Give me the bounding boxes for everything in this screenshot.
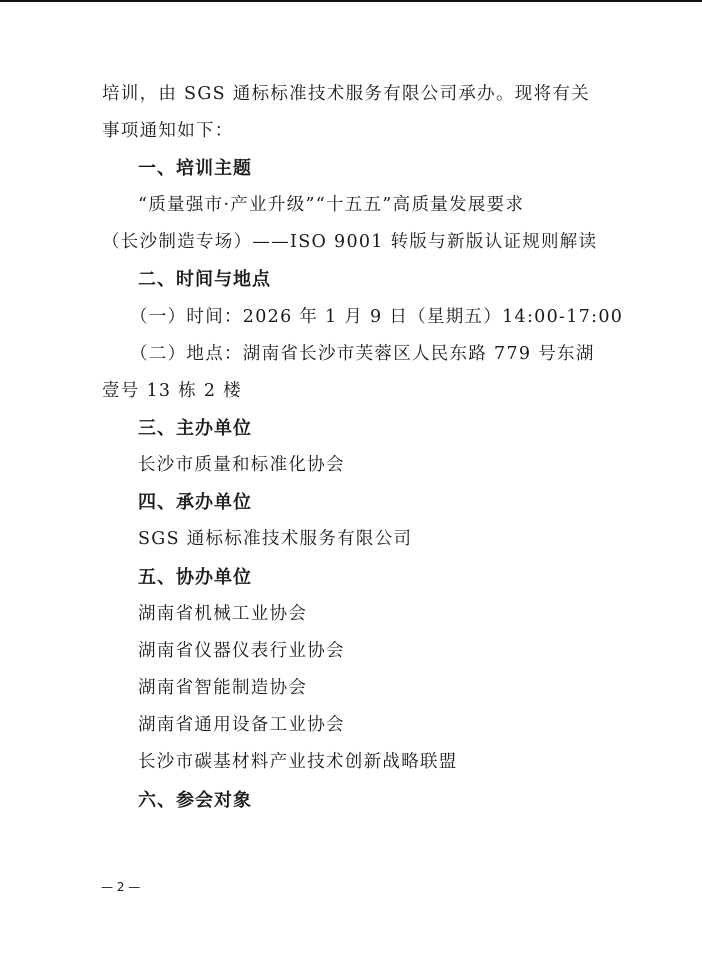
text-line: SGS 通标标准技术服务有限公司 — [138, 525, 412, 550]
page-number: — 2 — — [101, 880, 140, 894]
text-line: 事项通知如下： — [102, 117, 234, 142]
text-line: （一）时间：2026 年 1 月 9 日（星期五）14:00-17:00 — [130, 303, 623, 328]
page-top-border — [0, 0, 702, 2]
section-heading: 三、主办单位 — [138, 414, 252, 440]
text-line: 湖南省通用设备工业协会 — [138, 711, 345, 736]
text-line: 湖南省机械工业协会 — [138, 600, 307, 625]
text-line: 长沙市碳基材料产业技术创新战略联盟 — [138, 748, 458, 773]
section-heading: 一、培训主题 — [138, 154, 252, 180]
section-heading: 五、协办单位 — [138, 563, 252, 589]
text-line: 培训，由 SGS 通标标准技术服务有限公司承办。现将有关 — [102, 80, 590, 105]
text-line: （长沙制造专场）——ISO 9001 转版与新版认证规则解读 — [102, 228, 597, 253]
section-heading: 六、参会对象 — [138, 786, 252, 812]
text-line: 壹号 13 栋 2 楼 — [102, 377, 242, 402]
section-heading: 四、承办单位 — [138, 488, 252, 514]
text-line: 湖南省仪器仪表行业协会 — [138, 637, 345, 662]
text-line: （二）地点：湖南省长沙市芙蓉区人民东路 779 号东湖 — [130, 340, 595, 365]
section-heading: 二、时间与地点 — [138, 265, 271, 291]
text-line: 湖南省智能制造协会 — [138, 674, 307, 699]
text-line: 长沙市质量和标准化协会 — [138, 451, 345, 476]
text-line: “质量强市·产业升级”“十五五”高质量发展要求 — [138, 191, 524, 216]
